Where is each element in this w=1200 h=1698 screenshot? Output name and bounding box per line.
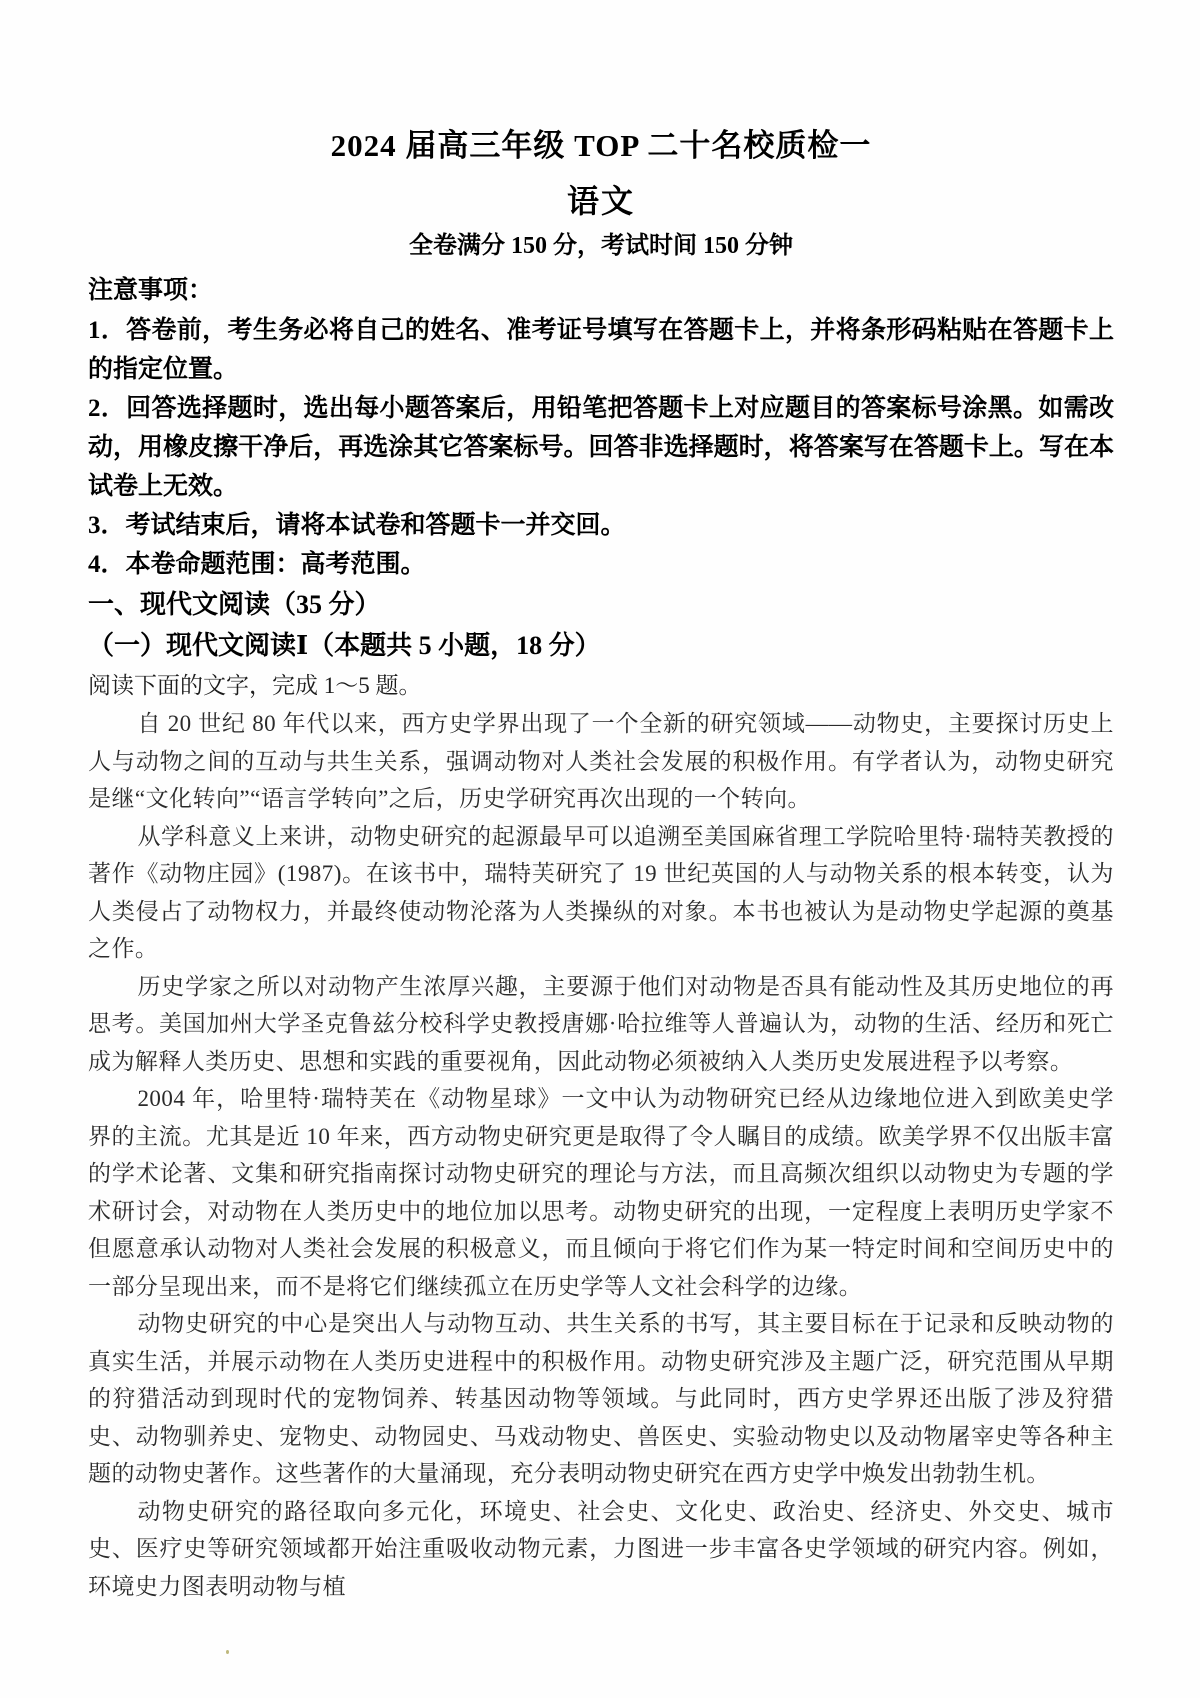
passage-paragraph-3: 历史学家之所以对动物产生浓厚兴趣，主要源于他们对动物是否具有能动性及其历史地位的… bbox=[88, 968, 1114, 1081]
notice-item-3: 3．考试结束后，请将本试卷和答题卡一并交回。 bbox=[88, 506, 1114, 545]
reading-passage: 自 20 世纪 80 年代以来，西方史学界出现了一个全新的研究领域——动物史，主… bbox=[88, 705, 1114, 1605]
notice-item-4: 4．本卷命题范围：高考范围。 bbox=[88, 545, 1114, 584]
passage-paragraph-2: 从学科意义上来讲，动物史研究的起源最早可以追溯至美国麻省理工学院哈里特·瑞特芙教… bbox=[88, 818, 1114, 968]
passage-paragraph-6: 动物史研究的路径取向多元化，环境史、社会史、文化史、政治史、经济史、外交史、城市… bbox=[88, 1493, 1114, 1606]
notice-item-2: 2．回答选择题时，选出每小题答案后，用铅笔把答题卡上对应题目的答案标号涂黑。如需… bbox=[88, 389, 1114, 506]
scan-artifact-dot bbox=[226, 1650, 229, 1654]
notice-section: 注意事项： 1．答卷前，考生务必将自己的姓名、准考证号填写在答题卡上，并将条形码… bbox=[88, 271, 1114, 584]
exam-info-line: 全卷满分 150 分，考试时间 150 分钟 bbox=[88, 229, 1114, 263]
passage-paragraph-5: 动物史研究的中心是突出人与动物互动、共生关系的书写，其主要目标在于记录和反映动物… bbox=[88, 1305, 1114, 1493]
passage-paragraph-4: 2004 年，哈里特·瑞特芙在《动物星球》一文中认为动物研究已经从边缘地位进入到… bbox=[88, 1080, 1114, 1305]
subsection-heading-reading-1: （一）现代文阅读Ⅰ（本题共 5 小题，18 分） bbox=[88, 625, 1114, 666]
passage-paragraph-1: 自 20 世纪 80 年代以来，西方史学界出现了一个全新的研究领域——动物史，主… bbox=[88, 705, 1114, 818]
exam-subject: 语文 bbox=[88, 182, 1114, 220]
notice-item-1: 1．答卷前，考生务必将自己的姓名、准考证号填写在答题卡上，并将条形码粘贴在答题卡… bbox=[88, 311, 1114, 389]
exam-paper-page: 2024 届高三年级 TOP 二十名校质检一 语文 全卷满分 150 分，考试时… bbox=[0, 0, 1200, 1698]
section-heading-modern-reading: 一、现代文阅读（35 分） bbox=[88, 584, 1114, 625]
notice-heading: 注意事项： bbox=[88, 271, 1114, 311]
reading-instruction: 阅读下面的文字，完成 1～5 题。 bbox=[88, 666, 1114, 705]
exam-title: 2024 届高三年级 TOP 二十名校质检一 bbox=[88, 126, 1114, 165]
